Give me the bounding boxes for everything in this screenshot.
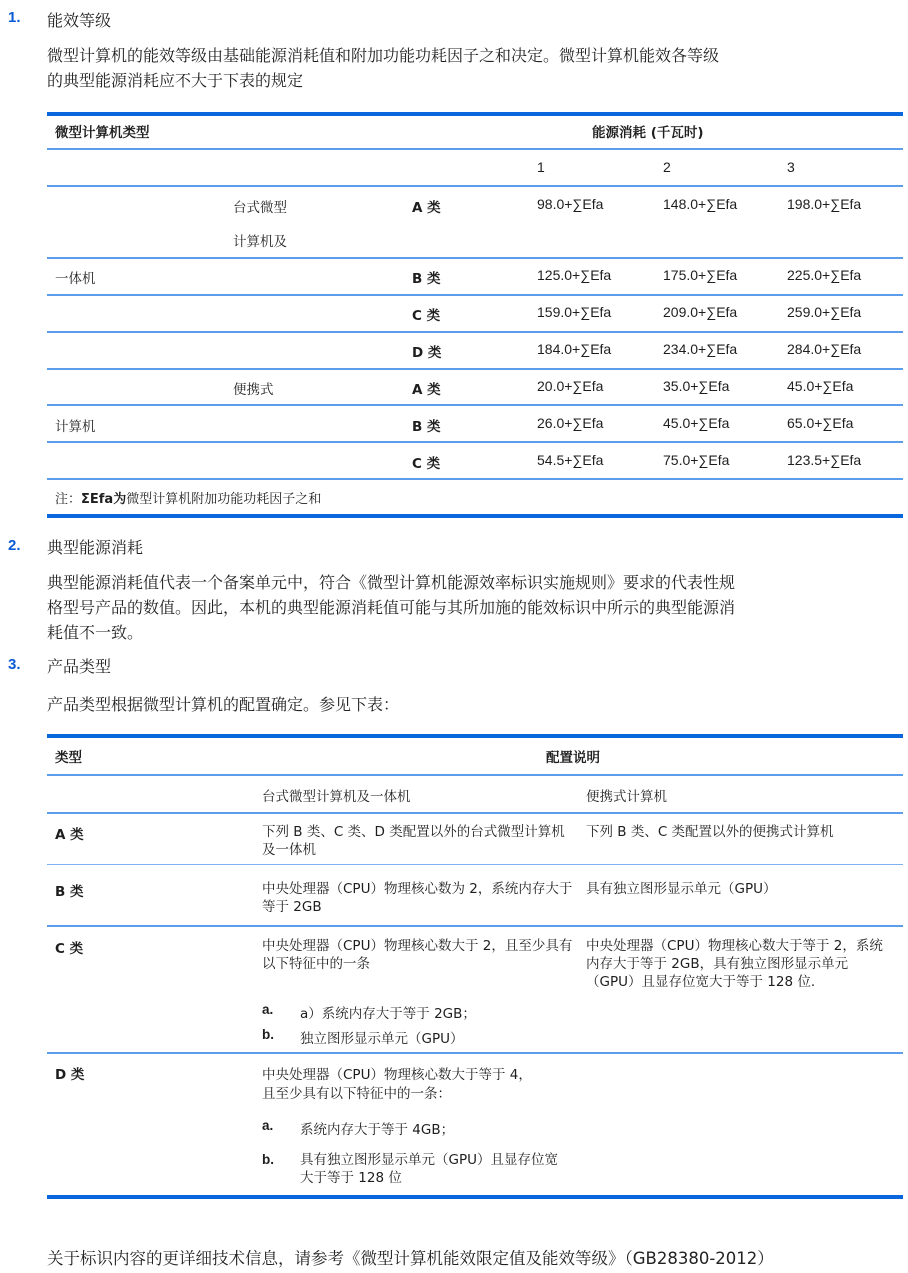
paragraph-line: 微型计算机的能效等级由基础能源消耗值和附加功能功耗因子之和决定。微型计算机能效各… — [47, 43, 897, 68]
class-label: C 类 — [412, 452, 440, 472]
energy-value: 125.0+∑Efa — [537, 267, 611, 283]
section-title: 典型能源消耗 — [47, 535, 143, 558]
energy-value: 26.0+∑Efa — [537, 415, 603, 431]
grade-header-3: 3 — [787, 159, 795, 175]
paragraph-line: 典型能源消耗值代表一个备案单元中，符合《微型计算机能源效率标识实施规则》要求的代… — [47, 570, 897, 595]
type-label: B 类 — [55, 880, 84, 900]
table-note: 注：ΣEfa为微型计算机附加功能功耗因子之和 — [55, 488, 321, 507]
energy-value: 209.0+∑Efa — [663, 304, 737, 320]
table-bottom-rule — [47, 514, 903, 518]
group-label-desktop-3: 一体机 — [55, 267, 96, 287]
group-label-desktop-2: 计算机及 — [233, 230, 287, 250]
row-rule — [47, 404, 903, 406]
row-rule — [47, 1052, 903, 1054]
column-header-energy: 能源消耗 (千瓦时) — [592, 121, 704, 141]
group-label-desktop-1: 台式微型 — [233, 196, 287, 216]
energy-value: 184.0+∑Efa — [537, 341, 611, 357]
energy-value: 234.0+∑Efa — [663, 341, 737, 357]
column-header-type: 类型 — [55, 746, 82, 766]
class-label: D 类 — [412, 341, 441, 361]
desktop-config: 中央处理器（CPU）物理核心数大于 2，且至少具有以下特征中的一条 — [262, 937, 577, 973]
desktop-config-line: 且至少具有以下特征中的一条： — [262, 1082, 451, 1102]
desktop-config-line: 中央处理器（CPU）物理核心数大于等于 4， — [262, 1063, 532, 1083]
type-label: D 类 — [55, 1063, 84, 1083]
type-label: C 类 — [55, 937, 83, 957]
list-marker: b. — [262, 1152, 274, 1167]
group-label-portable-1: 便携式 — [233, 378, 274, 398]
list-item: a. 系统内存大于等于 4GB； — [262, 1118, 273, 1134]
list-marker: a. — [262, 1118, 273, 1133]
note-text: 微型计算机附加功能功耗因子之和 — [126, 492, 321, 507]
energy-value: 98.0+∑Efa — [537, 196, 603, 212]
energy-value: 123.5+∑Efa — [787, 452, 861, 468]
section-number: 1. — [8, 9, 21, 26]
energy-value: 75.0+∑Efa — [663, 452, 729, 468]
section-paragraph: 微型计算机的能效等级由基础能源消耗值和附加功能功耗因子之和决定。微型计算机能效各… — [47, 43, 897, 93]
energy-value: 35.0+∑Efa — [663, 378, 729, 394]
energy-value: 284.0+∑Efa — [787, 341, 861, 357]
class-label: B 类 — [412, 267, 441, 287]
energy-value: 45.0+∑Efa — [663, 415, 729, 431]
energy-value: 54.5+∑Efa — [537, 452, 603, 468]
row-rule — [47, 185, 903, 187]
row-rule — [47, 331, 903, 333]
list-marker: b. — [262, 1027, 274, 1042]
group-label-portable-2: 计算机 — [55, 415, 96, 435]
energy-value: 225.0+∑Efa — [787, 267, 861, 283]
section-number: 3. — [8, 656, 21, 673]
paragraph-line: 的典型能源消耗应不大于下表的规定 — [47, 68, 897, 93]
row-rule — [47, 925, 903, 927]
subheader-portable: 便携式计算机 — [586, 785, 667, 805]
list-item: a. a）系统内存大于等于 2GB； — [262, 1002, 273, 1018]
section-paragraph: 典型能源消耗值代表一个备案单元中，符合《微型计算机能源效率标识实施规则》要求的代… — [47, 570, 897, 645]
class-label: A 类 — [412, 378, 441, 398]
list-text: 具有独立图形显示单元（GPU）且显存位宽大于等于 128 位 — [300, 1151, 570, 1187]
class-label: A 类 — [412, 196, 441, 216]
footer-reference: 关于标识内容的更详细技术信息，请参考《微型计算机能效限定值及能效等级》（GB28… — [47, 1246, 897, 1271]
column-header-config: 配置说明 — [546, 746, 600, 766]
note-prefix: 注： — [55, 492, 81, 507]
subheader-desktop: 台式微型计算机及一体机 — [262, 785, 411, 805]
paragraph-line: 耗值不一致。 — [47, 620, 897, 645]
row-rule — [47, 478, 903, 480]
row-rule — [47, 257, 903, 259]
list-marker: a. — [262, 1002, 273, 1017]
row-rule — [47, 812, 903, 814]
energy-value: 45.0+∑Efa — [787, 378, 853, 394]
section-number: 2. — [8, 537, 21, 554]
table-top-rule — [47, 734, 903, 738]
grade-header-2: 2 — [663, 159, 671, 175]
column-header-type: 微型计算机类型 — [55, 121, 150, 141]
note-connector: 为 — [113, 492, 126, 507]
grade-header-1: 1 — [537, 159, 545, 175]
row-rule — [47, 864, 903, 865]
list-item: b. 具有独立图形显示单元（GPU）且显存位宽大于等于 128 位 — [262, 1151, 582, 1169]
desktop-config: 下列 B 类、C 类、D 类配置以外的台式微型计算机及一体机 — [262, 823, 577, 859]
portable-config: 下列 B 类、C 类配置以外的便携式计算机 — [586, 823, 896, 841]
note-symbol: ΣEfa — [81, 492, 113, 507]
section-title: 能效等级 — [47, 8, 111, 31]
row-rule — [47, 441, 903, 443]
desktop-config: 中央处理器（CPU）物理核心数为 2，系统内存大于等于 2GB — [262, 880, 580, 916]
portable-config: 中央处理器（CPU）物理核心数大于等于 2，系统内存大于等于 2GB，具有独立图… — [586, 937, 896, 991]
class-label: B 类 — [412, 415, 441, 435]
header-rule — [47, 774, 903, 776]
list-text: a）系统内存大于等于 2GB； — [300, 1002, 476, 1022]
energy-value: 20.0+∑Efa — [537, 378, 603, 394]
section-paragraph: 产品类型根据微型计算机的配置确定。参见下表： — [47, 692, 897, 717]
header-rule — [47, 148, 903, 150]
section-title: 产品类型 — [47, 654, 111, 677]
energy-value: 159.0+∑Efa — [537, 304, 611, 320]
energy-value: 175.0+∑Efa — [663, 267, 737, 283]
list-text: 系统内存大于等于 4GB； — [300, 1118, 454, 1138]
energy-value: 198.0+∑Efa — [787, 196, 861, 212]
table-bottom-rule — [47, 1195, 903, 1199]
list-text: 独立图形显示单元（GPU） — [300, 1027, 463, 1047]
list-item: b. 独立图形显示单元（GPU） — [262, 1027, 274, 1043]
energy-value: 259.0+∑Efa — [787, 304, 861, 320]
class-label: C 类 — [412, 304, 440, 324]
energy-value: 65.0+∑Efa — [787, 415, 853, 431]
type-label: A 类 — [55, 823, 84, 843]
row-rule — [47, 368, 903, 370]
table-top-rule — [47, 112, 903, 116]
portable-config: 具有独立图形显示单元（GPU） — [586, 880, 896, 898]
energy-value: 148.0+∑Efa — [663, 196, 737, 212]
row-rule — [47, 294, 903, 296]
paragraph-line: 格型号产品的数值。因此，本机的典型能源消耗值可能与其所加施的能效标识中所示的典型… — [47, 595, 897, 620]
